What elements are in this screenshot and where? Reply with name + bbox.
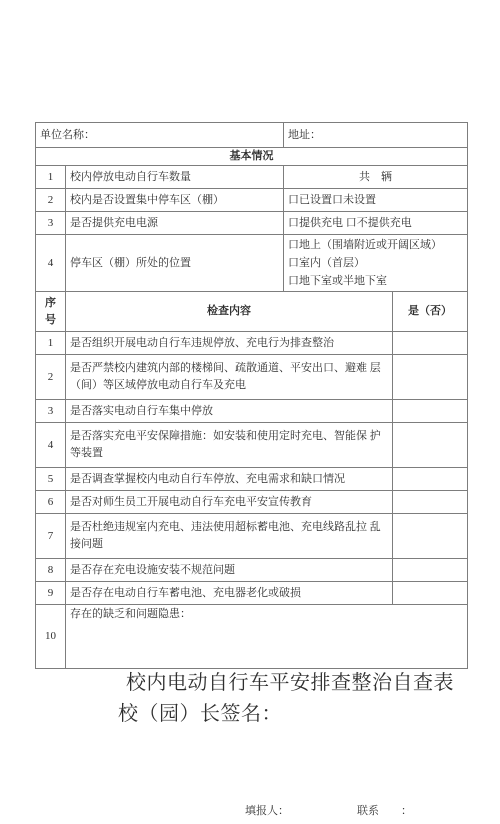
row-number: 3 [36,400,66,423]
row-number: 3 [36,212,66,235]
basic-row-label: 是否提供充电电源 [66,212,284,235]
table-row: 6 是否对师生员工开展电动自行车充电平安宣传教育 [36,491,468,514]
basic-section-title: 基本情况 [36,148,468,166]
row-number: 4 [36,235,66,292]
row-number: 2 [36,189,66,212]
check-content: 是否落实充电平安保障措施：如安装和使用定时充电、智能保 护等装置 [66,423,393,468]
self-inspection-table: 单位名称： 地址： 基本情况 1 校内停放电动自行车数量 共 辆 2 校内是否设… [35,122,468,669]
table-row: 单位名称： 地址： [36,123,468,148]
row-number: 1 [36,332,66,355]
option-item: 口地下室或半地下室 [288,272,463,290]
table-row: 5 是否调查掌握校内电动自行车停放、充电需求和缺口情况 [36,468,468,491]
basic-row-label: 校内是否设置集中停车区（棚） [66,189,284,212]
header-yesno: 是（否） [393,292,468,332]
check-content: 是否对师生员工开展电动自行车充电平安宣传教育 [66,491,393,514]
row-number: 7 [36,514,66,559]
check-content: 是否严禁校内建筑内部的楼梯间、疏散通道、平安出口、避难 层（间）等区域停放电动自… [66,355,393,400]
answer-cell [393,559,468,582]
row-number: 2 [36,355,66,400]
check-content: 是否存在充电设施安装不规范问题 [66,559,393,582]
option-item: 口地上（围墙附近或开阔区域） [288,236,463,254]
table-row: 1 校内停放电动自行车数量 共 辆 [36,166,468,189]
basic-row-options: 口地上（围墙附近或开阔区域） 口室内（首层） 口地下室或半地下室 [284,235,468,292]
header-content: 检查内容 [66,292,393,332]
table-row: 基本情况 [36,148,468,166]
header-no: 序号 [36,292,66,332]
contact-label: 联系 ： [357,802,412,818]
table-row: 2 是否严禁校内建筑内部的楼梯间、疏散通道、平安出口、避难 层（间）等区域停放电… [36,355,468,400]
check-content: 是否杜绝违规室内充电、违法使用超标蓄电池、充电线路乱拉 乱接问题 [66,514,393,559]
answer-cell [393,514,468,559]
answer-cell [393,582,468,605]
answer-cell [393,400,468,423]
check-content: 是否落实电动自行车集中停放 [66,400,393,423]
basic-row-label: 校内停放电动自行车数量 [66,166,284,189]
address-label: 地址： [284,123,468,148]
table-row: 10 存在的缺乏和问题隐患： [36,605,468,669]
table-row: 4 停车区（棚）所处的位置 口地上（围墙附近或开阔区域） 口室内（首层） 口地下… [36,235,468,292]
signature-title: 校内电动自行车平安排查整治自查表校（园）长签名： [118,668,458,730]
basic-row-label: 停车区（棚）所处的位置 [66,235,284,292]
reporter-label: 填报人： [245,802,289,818]
answer-cell [393,355,468,400]
row-number: 5 [36,468,66,491]
table-row: 7 是否杜绝违规室内充电、违法使用超标蓄电池、充电线路乱拉 乱接问题 [36,514,468,559]
table-row: 9 是否存在电动自行车蓄电池、充电器老化或破损 [36,582,468,605]
row-number: 9 [36,582,66,605]
basic-row-value: 口已设置口未设置 [284,189,468,212]
answer-cell [393,423,468,468]
check-content: 是否调查掌握校内电动自行车停放、充电需求和缺口情况 [66,468,393,491]
unit-name-label: 单位名称： [36,123,284,148]
check-content: 是否组织开展电动自行车违规停放、充电行为排查整治 [66,332,393,355]
row-number: 8 [36,559,66,582]
check-content: 是否存在电动自行车蓄电池、充电器老化或破损 [66,582,393,605]
answer-cell [393,491,468,514]
row-number: 4 [36,423,66,468]
answer-cell [393,332,468,355]
row-number: 1 [36,166,66,189]
basic-row-value: 共 辆 [284,166,468,189]
document-page: 单位名称： 地址： 基本情况 1 校内停放电动自行车数量 共 辆 2 校内是否设… [0,0,500,824]
basic-row-value: 口提供充电 口不提供充电 [284,212,468,235]
option-item: 口室内（首层） [288,254,463,272]
table-row: 8 是否存在充电设施安装不规范问题 [36,559,468,582]
table-row: 1 是否组织开展电动自行车违规停放、充电行为排查整治 [36,332,468,355]
table-row: 2 校内是否设置集中停车区（棚） 口已设置口未设置 [36,189,468,212]
check-content: 存在的缺乏和问题隐患： [66,605,468,669]
table-row: 3 是否提供充电电源 口提供充电 口不提供充电 [36,212,468,235]
row-number: 6 [36,491,66,514]
table-header-row: 序号 检查内容 是（否） [36,292,468,332]
table-row: 4 是否落实充电平安保障措施：如安装和使用定时充电、智能保 护等装置 [36,423,468,468]
table-row: 3 是否落实电动自行车集中停放 [36,400,468,423]
answer-cell [393,468,468,491]
row-number: 10 [36,605,66,669]
